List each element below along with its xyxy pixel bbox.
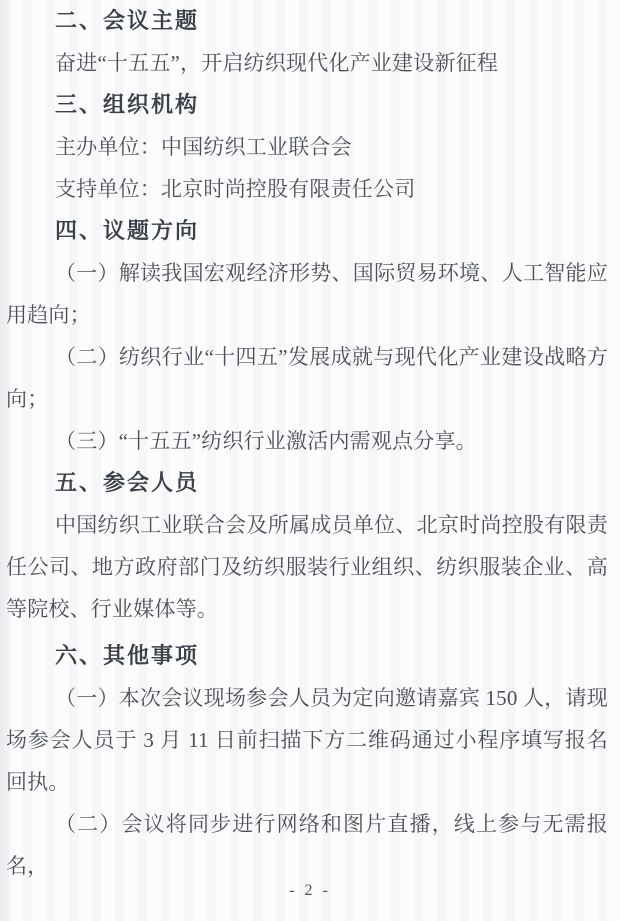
para-other-item-1: （一）本次会议现场参会人员为定向邀请嘉宾 150 人，请现场参会人员于 3 月 … <box>6 677 608 803</box>
para-topic-3: （三）“十五五”纺织行业激活内需观点分享。 <box>6 420 608 462</box>
page-number: - 2 - <box>0 882 620 900</box>
para-participants: 中国纺织工业联合会及所属成员单位、北京时尚控股有限责任公司、地方政府部门及纺织服… <box>6 504 608 630</box>
heading-participants: 五、参会人员 <box>6 462 608 504</box>
heading-meeting-theme: 二、会议主题 <box>6 0 608 42</box>
para-host-unit: 主办单位：中国纺织工业联合会 <box>6 126 608 168</box>
heading-organization: 三、组织机构 <box>6 84 608 126</box>
heading-topic-directions: 四、议题方向 <box>6 210 608 252</box>
para-support-unit: 支持单位：北京时尚控股有限责任公司 <box>6 168 608 210</box>
para-topic-1: （一）解读我国宏观经济形势、国际贸易环境、人工智能应用趋向； <box>6 252 608 336</box>
para-other-item-2: （二）会议将同步进行网络和图片直播，线上参与无需报名， <box>6 803 608 887</box>
document-content: 二、会议主题 奋进“十五五”，开启纺织现代化产业建设新征程 三、组织机构 主办单… <box>0 0 620 887</box>
para-topic-2: （二）纺织行业“十四五”发展成就与现代化产业建设战略方向； <box>6 336 608 420</box>
heading-other-items: 六、其他事项 <box>6 635 608 677</box>
document-page: 二、会议主题 奋进“十五五”，开启纺织现代化产业建设新征程 三、组织机构 主办单… <box>0 0 620 921</box>
para-meeting-theme: 奋进“十五五”，开启纺织现代化产业建设新征程 <box>6 42 608 84</box>
